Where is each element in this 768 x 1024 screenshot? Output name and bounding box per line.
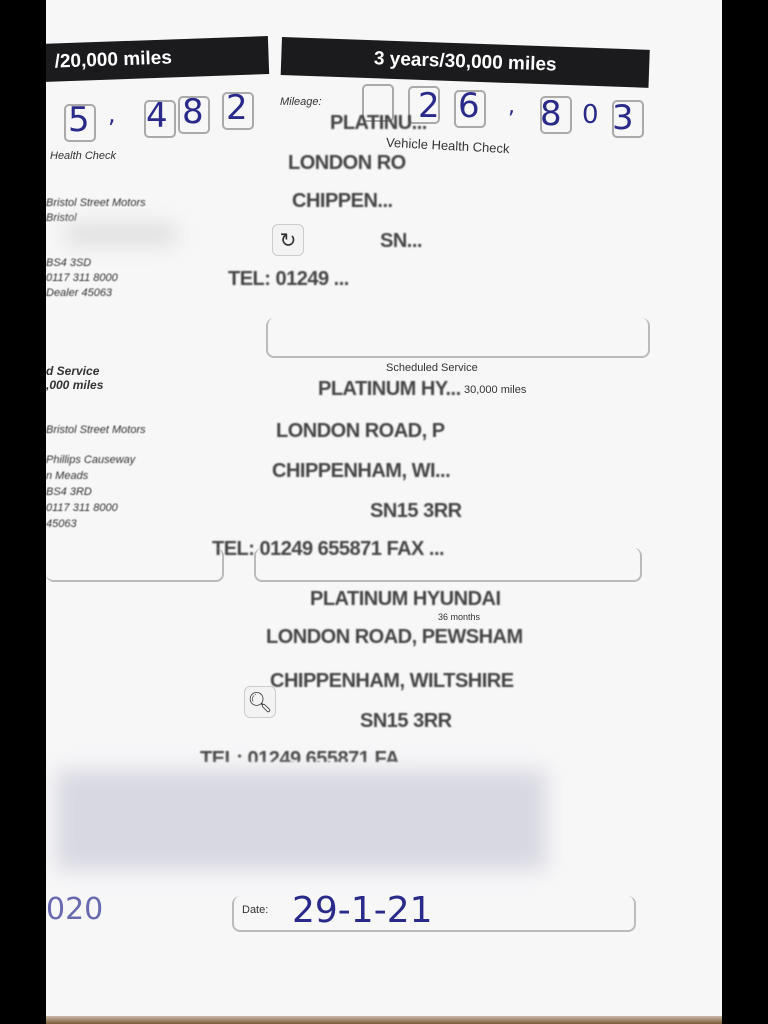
right-header: 3 years/30,000 miles (281, 37, 650, 88)
left-date-partial: 020 (46, 892, 103, 927)
redaction (66, 224, 176, 244)
left-mileage-2: 4 (146, 96, 168, 136)
right-mileage-comma: , (508, 94, 515, 119)
stamp-1-line: SN... (380, 230, 422, 253)
service-book-page: /20,000 miles 3 years/30,000 miles 5 , 4… (46, 0, 722, 1024)
magnifier-icon[interactable]: 🔍︎ (244, 686, 276, 718)
left-mileage-4: 2 (226, 88, 248, 128)
left-mileage-3: 8 (182, 92, 204, 132)
stamp-3-line: SN15 3RR (360, 710, 452, 733)
stamp-1-line: TEL: 01249 ... (228, 268, 349, 291)
left-mileage-1: 5 (68, 100, 90, 140)
left-header: /20,000 miles (46, 36, 269, 82)
right-mileage-3: 8 (540, 94, 562, 134)
left-health-check: Health Check (50, 150, 116, 162)
left-service-label: d Service,000 miles (46, 364, 103, 392)
stamp-1-line: CHIPPEN... (292, 190, 393, 213)
stamp-2-line: LONDON ROAD, P (276, 420, 445, 443)
rotate-icon[interactable]: ↻ (272, 224, 304, 256)
dealer-2: Bristol Street Motors Phillips Causewayn… (46, 422, 146, 532)
stamp-1-line: LONDON RO (288, 152, 406, 175)
redaction (56, 770, 546, 870)
left-mileage-comma: , (108, 100, 116, 128)
stamp-3-line: TEL: 01249 655871 FA... (200, 748, 414, 762)
stamp-3-line: CHIPPENHAM, WILTSHIRE (270, 670, 514, 693)
stamp-3-line: LONDON ROAD, PEWSHAM (266, 626, 523, 649)
mileage-label: Mileage: (280, 96, 322, 108)
stamp-1-line: PLATINU... (330, 112, 427, 135)
scheduled-service-label: Scheduled Service (386, 362, 478, 374)
stamp-3-line: PLATINUM HYUNDAI (310, 588, 501, 611)
stamp-2-line: PLATINUM HY... (318, 378, 461, 401)
field-box (46, 548, 224, 582)
right-mileage-2: 6 (458, 86, 480, 126)
months-label: 36 months (438, 612, 480, 622)
stamp-2-line: CHIPPENHAM, WI... (272, 460, 450, 483)
date-value: 29-1-21 (292, 890, 433, 931)
stamp-2-line: SN15 3RR (370, 500, 462, 523)
dealer-1: Bristol Street MotorsBristol BS4 3SD0117… (46, 196, 146, 301)
field-box (254, 548, 642, 582)
right-mileage-5: 3 (612, 98, 634, 138)
field-box (266, 318, 650, 358)
date-label: Date: (242, 904, 268, 916)
right-mileage-4: 0 (582, 100, 599, 130)
scheduled-service-miles: 30,000 miles (464, 384, 526, 396)
